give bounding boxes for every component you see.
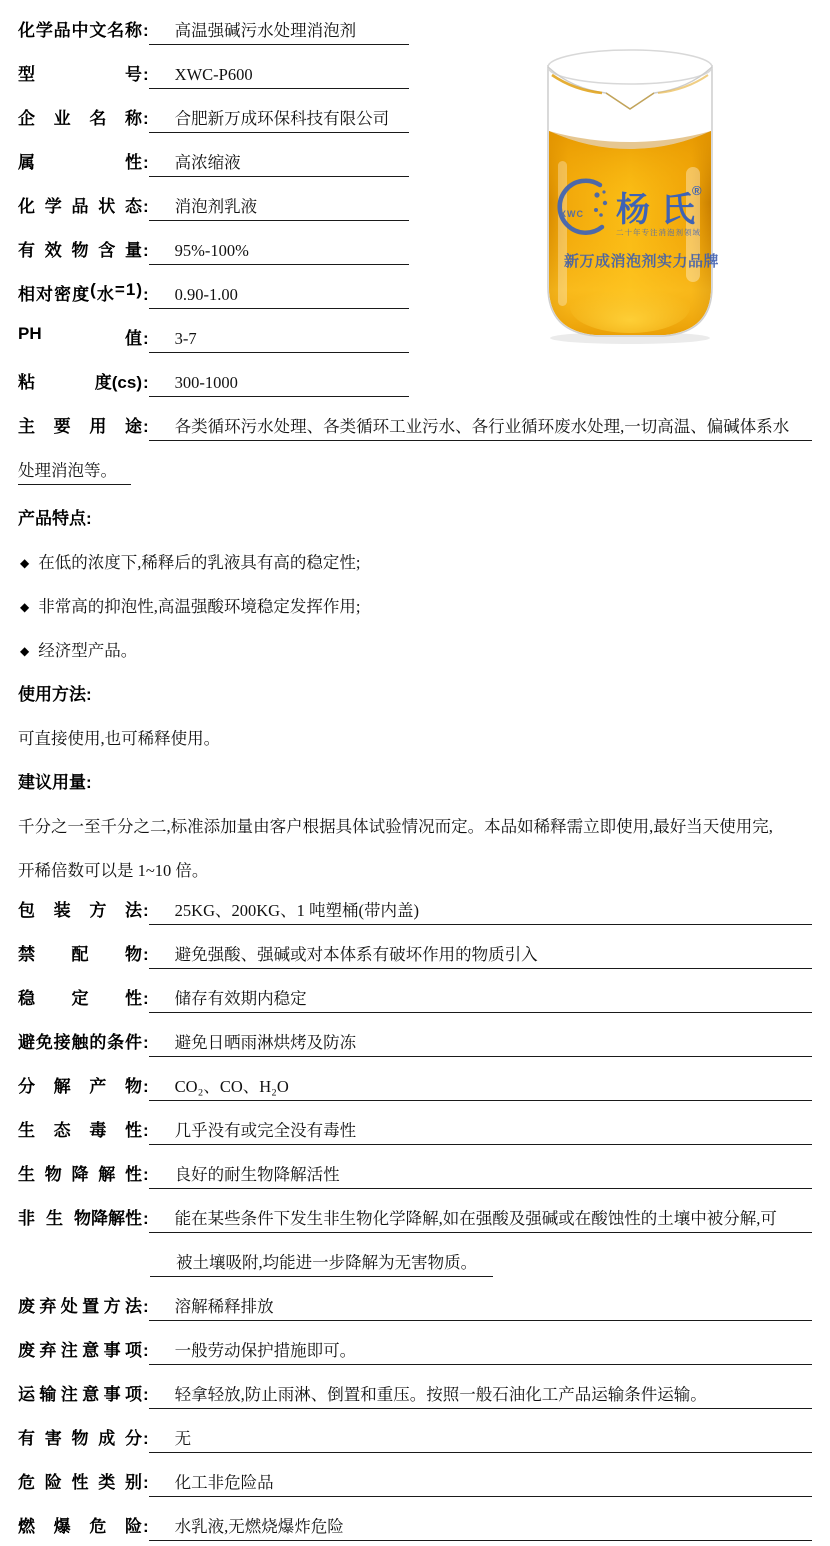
field-value: 避免强酸、强碱或对本体系有破坏作用的物质引入 [175, 945, 538, 964]
field-label: 包装方法: [18, 896, 149, 926]
field-underline: 高温强碱污水处理消泡剂 [149, 17, 409, 45]
field-underline: 消泡剂乳液 [149, 193, 409, 221]
field-underline: 避免强酸、强碱或对本体系有破坏作用的物质引入 [149, 941, 812, 969]
field-value: 0.90-1.00 [175, 285, 238, 304]
brand-tagline: 二十年专注消泡剂领域 [616, 227, 701, 237]
field-label: 生物降解性: [18, 1160, 149, 1190]
field-underline: 良好的耐生物降解活性 [149, 1161, 812, 1189]
field-label-text: 粘度(cs) [18, 368, 142, 393]
field-row: 废弃处置方法: 溶解稀释排放 [18, 1277, 812, 1321]
field-label-text: 企业名称 [18, 104, 142, 129]
feature-bullet-text: 在低的浓度下,稀释后的乳液具有高的稳定性; [38, 549, 360, 573]
field-label-text: 废弃处置方法 [18, 1292, 142, 1317]
field-value: 95%-100% [175, 241, 249, 260]
field-label-text: 避免接触的条件 [18, 1028, 142, 1053]
field-value: 25KG、200KG、1 吨塑桶(带内盖) [175, 901, 419, 920]
field-label-text: 禁配物 [18, 940, 142, 965]
rim-reflection-left [552, 75, 602, 93]
field-continuation-row: 被土壤吸附,均能进一步降解为无害物质。 [150, 1233, 812, 1277]
field-label-text: 相对密度(水=1) [18, 280, 142, 305]
field-row: 非生物降解性: 能在某些条件下发生非生物化学降解,如在强酸及强碱或在酸蚀性的土壤… [18, 1189, 812, 1233]
field-continuation-row: 处理消泡等。 [18, 441, 812, 485]
field-value: XWC-P600 [175, 65, 253, 84]
feature-bullet-text: 非常高的抑泡性,高温强酸环境稳定发挥作用; [38, 593, 360, 617]
field-row: 稳定性: 储存有效期内稳定 [18, 969, 812, 1013]
field-label-text: 有害物成分 [18, 1424, 142, 1449]
field-value: 3-7 [175, 329, 197, 348]
field-label-text: 燃爆危险 [18, 1512, 142, 1537]
field-underline: 无 [149, 1425, 812, 1453]
field-row: 生物降解性: 良好的耐生物降解活性 [18, 1145, 812, 1189]
field-label: 主要用途: [18, 412, 149, 442]
field-row: 主要用途: 各类循环污水处理、各类循环工业污水、各行业循环废水处理,一切高温、偏… [18, 397, 812, 441]
field-label: 有效物含量: [18, 236, 149, 266]
field-value: CO₂、CO、H₂O [175, 1077, 289, 1096]
field-value: 能在某些条件下发生非生物化学降解,如在强酸及强碱或在酸蚀性的土壤中被分解,可 [175, 1209, 777, 1228]
field-label-text: 生物降解性 [18, 1160, 142, 1185]
field-label: 生态毒性: [18, 1116, 149, 1146]
field-label: 稳定性: [18, 984, 149, 1014]
field-label-text: 非生物降解性 [18, 1204, 142, 1229]
features-heading: 产品特点: [18, 485, 812, 529]
features-section: 产品特点: ◆ 在低的浓度下,稀释后的乳液具有高的稳定性; ◆ 非常高的抑泡性,… [18, 485, 812, 661]
field-underline: CO₂、CO、H₂O [149, 1073, 812, 1101]
field-label: 燃爆危险: [18, 1512, 149, 1542]
field-underline: 化工非危险品 [149, 1469, 812, 1497]
field-value: 300-1000 [175, 373, 238, 392]
field-value: 良好的耐生物降解活性 [175, 1165, 340, 1184]
field-label-text: 生态毒性 [18, 1116, 142, 1141]
field-label-text: PH值 [18, 324, 142, 349]
field-label-text: 化学品中文名称 [18, 16, 142, 41]
field-label: 属性: [18, 148, 149, 178]
field-label: 禁配物: [18, 940, 149, 970]
field-value: 轻拿轻放,防止雨淋、倒置和重压。按照一般石油化工产品运输条件运输。 [175, 1385, 707, 1404]
liquid-bottom-glow [570, 281, 690, 333]
field-label-text: 化学品状态 [18, 192, 142, 217]
field-row: 燃爆危险: 水乳液,无燃烧爆炸危险 [18, 1497, 812, 1541]
field-value: 水乳液,无燃烧爆炸危险 [175, 1517, 344, 1536]
diamond-bullet-icon: ◆ [20, 644, 29, 659]
beaker-svg: XWC 杨氏 ® 二十年专注消泡剂领域 新万成消泡剂实力品牌 [542, 45, 718, 345]
usage-section: 使用方法: 可直接使用,也可稀释使用。 [18, 661, 812, 749]
field-row: 分解产物: CO₂、CO、H₂O [18, 1057, 812, 1101]
field-row: 废弃注意事项: 一般劳动保护措施即可。 [18, 1321, 812, 1365]
field-value: 溶解稀释排放 [175, 1297, 274, 1316]
field-label-text: 包装方法 [18, 896, 142, 921]
field-label-text: 有效物含量 [18, 236, 142, 261]
field-label-text: 分解产物 [18, 1072, 142, 1097]
field-row: 生态毒性: 几乎没有或完全没有毒性 [18, 1101, 812, 1145]
field-value: 无 [175, 1429, 192, 1448]
beaker-rim [548, 50, 712, 84]
field-row: 有害物成分: 无 [18, 1409, 812, 1453]
field-row: 运输注意事项: 轻拿轻放,防止雨淋、倒置和重压。按照一般石油化工产品运输条件运输… [18, 1365, 812, 1409]
field-label: 粘度(cs): [18, 368, 149, 398]
field-value: 消泡剂乳液 [175, 197, 258, 216]
pour-spout [606, 93, 654, 109]
field-label: 化学品状态: [18, 192, 149, 222]
field-value: 避免日晒雨淋烘烤及防冻 [175, 1033, 357, 1052]
field-label: 相对密度(水=1): [18, 280, 149, 310]
field-underline: 储存有效期内稳定 [149, 985, 812, 1013]
field-label: 运输注意事项: [18, 1380, 149, 1410]
field-label-text: 稳定性 [18, 984, 142, 1009]
field-underline: 95%-100% [149, 241, 409, 265]
field-value: 一般劳动保护措施即可。 [175, 1341, 357, 1360]
field-label: 型号: [18, 60, 149, 90]
field-label-text: 型号 [18, 60, 142, 85]
feature-bullet-row: ◆ 在低的浓度下,稀释后的乳液具有高的稳定性; [18, 529, 812, 573]
field-row: 危险性类别: 化工非危险品 [18, 1453, 812, 1497]
field-row: 包装方法: 25KG、200KG、1 吨塑桶(带内盖) [18, 881, 812, 925]
field-value: 高浓缩液 [175, 153, 241, 172]
field-label: 企业名称: [18, 104, 149, 134]
field-continuation-text: 处理消泡等。 [18, 457, 131, 485]
field-label: 非生物降解性: [18, 1204, 149, 1234]
field-value: 储存有效期内稳定 [175, 989, 307, 1008]
xwc-logo-text: XWC [560, 209, 584, 219]
field-underline: 水乳液,无燃烧爆炸危险 [149, 1513, 812, 1541]
field-underline: 溶解稀释排放 [149, 1293, 812, 1321]
field-underline: 能在某些条件下发生非生物化学降解,如在强酸及强碱或在酸蚀性的土壤中被分解,可 [149, 1205, 812, 1233]
feature-bullet-row: ◆ 非常高的抑泡性,高温强酸环境稳定发挥作用; [18, 573, 812, 617]
main-use-block: 主要用途: 各类循环污水处理、各类循环工业污水、各行业循环废水处理,一切高温、偏… [18, 397, 812, 485]
field-row: 粘度(cs): 300-1000 [18, 353, 812, 397]
field-row: 避免接触的条件: 避免日晒雨淋烘烤及防冻 [18, 1013, 812, 1057]
field-underline: 几乎没有或完全没有毒性 [149, 1117, 812, 1145]
field-label: 废弃注意事项: [18, 1336, 149, 1366]
field-underline: 3-7 [149, 329, 409, 353]
dosage-section: 建议用量: 千分之一至千分之二,标准添加量由客户根据具体试验情况而定。本品如稀释… [18, 749, 812, 881]
brand-banner-text: 新万成消泡剂实力品牌 [564, 252, 718, 270]
glass-highlight-left [558, 161, 567, 306]
field-value: 几乎没有或完全没有毒性 [175, 1121, 357, 1140]
field-underline: 300-1000 [149, 373, 409, 397]
usage-heading: 使用方法: [18, 661, 812, 705]
usage-text: 可直接使用,也可稀释使用。 [18, 705, 812, 749]
rim-front-edge [548, 67, 712, 109]
diamond-bullet-icon: ◆ [20, 600, 29, 615]
field-label: 化学品中文名称: [18, 16, 149, 46]
field-underline: XWC-P600 [149, 65, 409, 89]
dosage-heading: 建议用量: [18, 749, 812, 793]
field-underline: 避免日晒雨淋烘烤及防冻 [149, 1029, 812, 1057]
field-underline: 各类循环污水处理、各类循环工业污水、各行业循环废水处理,一切高温、偏碱体系水 [149, 413, 812, 441]
field-label-text: 主要用途 [18, 412, 142, 437]
field-row: 禁配物: 避免强酸、强碱或对本体系有破坏作用的物质引入 [18, 925, 812, 969]
field-underline: 合肥新万成环保科技有限公司 [149, 105, 409, 133]
field-value: 合肥新万成环保科技有限公司 [175, 109, 390, 128]
field-label: 分解产物: [18, 1072, 149, 1102]
feature-bullet-row: ◆ 经济型产品。 [18, 617, 812, 661]
product-beaker-image: XWC 杨氏 ® 二十年专注消泡剂领域 新万成消泡剂实力品牌 [542, 45, 718, 345]
feature-bullet-text: 经济型产品。 [38, 637, 137, 661]
rim-reflection-right [658, 75, 708, 93]
field-label: 有害物成分: [18, 1424, 149, 1454]
safety-fields-section: 包装方法: 25KG、200KG、1 吨塑桶(带内盖) 禁配物: 避免强酸、强碱… [18, 881, 812, 1541]
field-label: 危险性类别: [18, 1468, 149, 1498]
field-label-text: 废弃注意事项 [18, 1336, 142, 1361]
field-underline: 0.90-1.00 [149, 285, 409, 309]
field-value: 各类循环污水处理、各类循环工业污水、各行业循环废水处理,一切高温、偏碱体系水 [175, 417, 790, 436]
dosage-text-line: 千分之一至千分之二,标准添加量由客户根据具体试验情况而定。本品如稀释需立即使用,… [18, 793, 812, 837]
field-label-text: 危险性类别 [18, 1468, 142, 1493]
diamond-bullet-icon: ◆ [20, 556, 29, 571]
dosage-text-line: 开稀倍数可以是 1~10 倍。 [18, 837, 812, 881]
field-underline: 高浓缩液 [149, 149, 409, 177]
field-label: PH值: [18, 324, 149, 354]
field-underline: 25KG、200KG、1 吨塑桶(带内盖) [149, 897, 812, 925]
field-value: 化工非危险品 [175, 1473, 274, 1492]
field-row: 化学品中文名称: 高温强碱污水处理消泡剂 [18, 1, 812, 45]
field-value: 高温强碱污水处理消泡剂 [175, 21, 357, 40]
field-continuation-text: 被土壤吸附,均能进一步降解为无害物质。 [150, 1249, 493, 1277]
field-underline: 轻拿轻放,防止雨淋、倒置和重压。按照一般石油化工产品运输条件运输。 [149, 1381, 812, 1409]
field-label: 废弃处置方法: [18, 1292, 149, 1322]
field-label: 避免接触的条件: [18, 1028, 149, 1058]
field-label-text: 属性 [18, 148, 142, 173]
field-label-text: 运输注意事项 [18, 1380, 142, 1405]
field-underline: 一般劳动保护措施即可。 [149, 1337, 812, 1365]
registered-trademark-symbol: ® [692, 183, 702, 198]
